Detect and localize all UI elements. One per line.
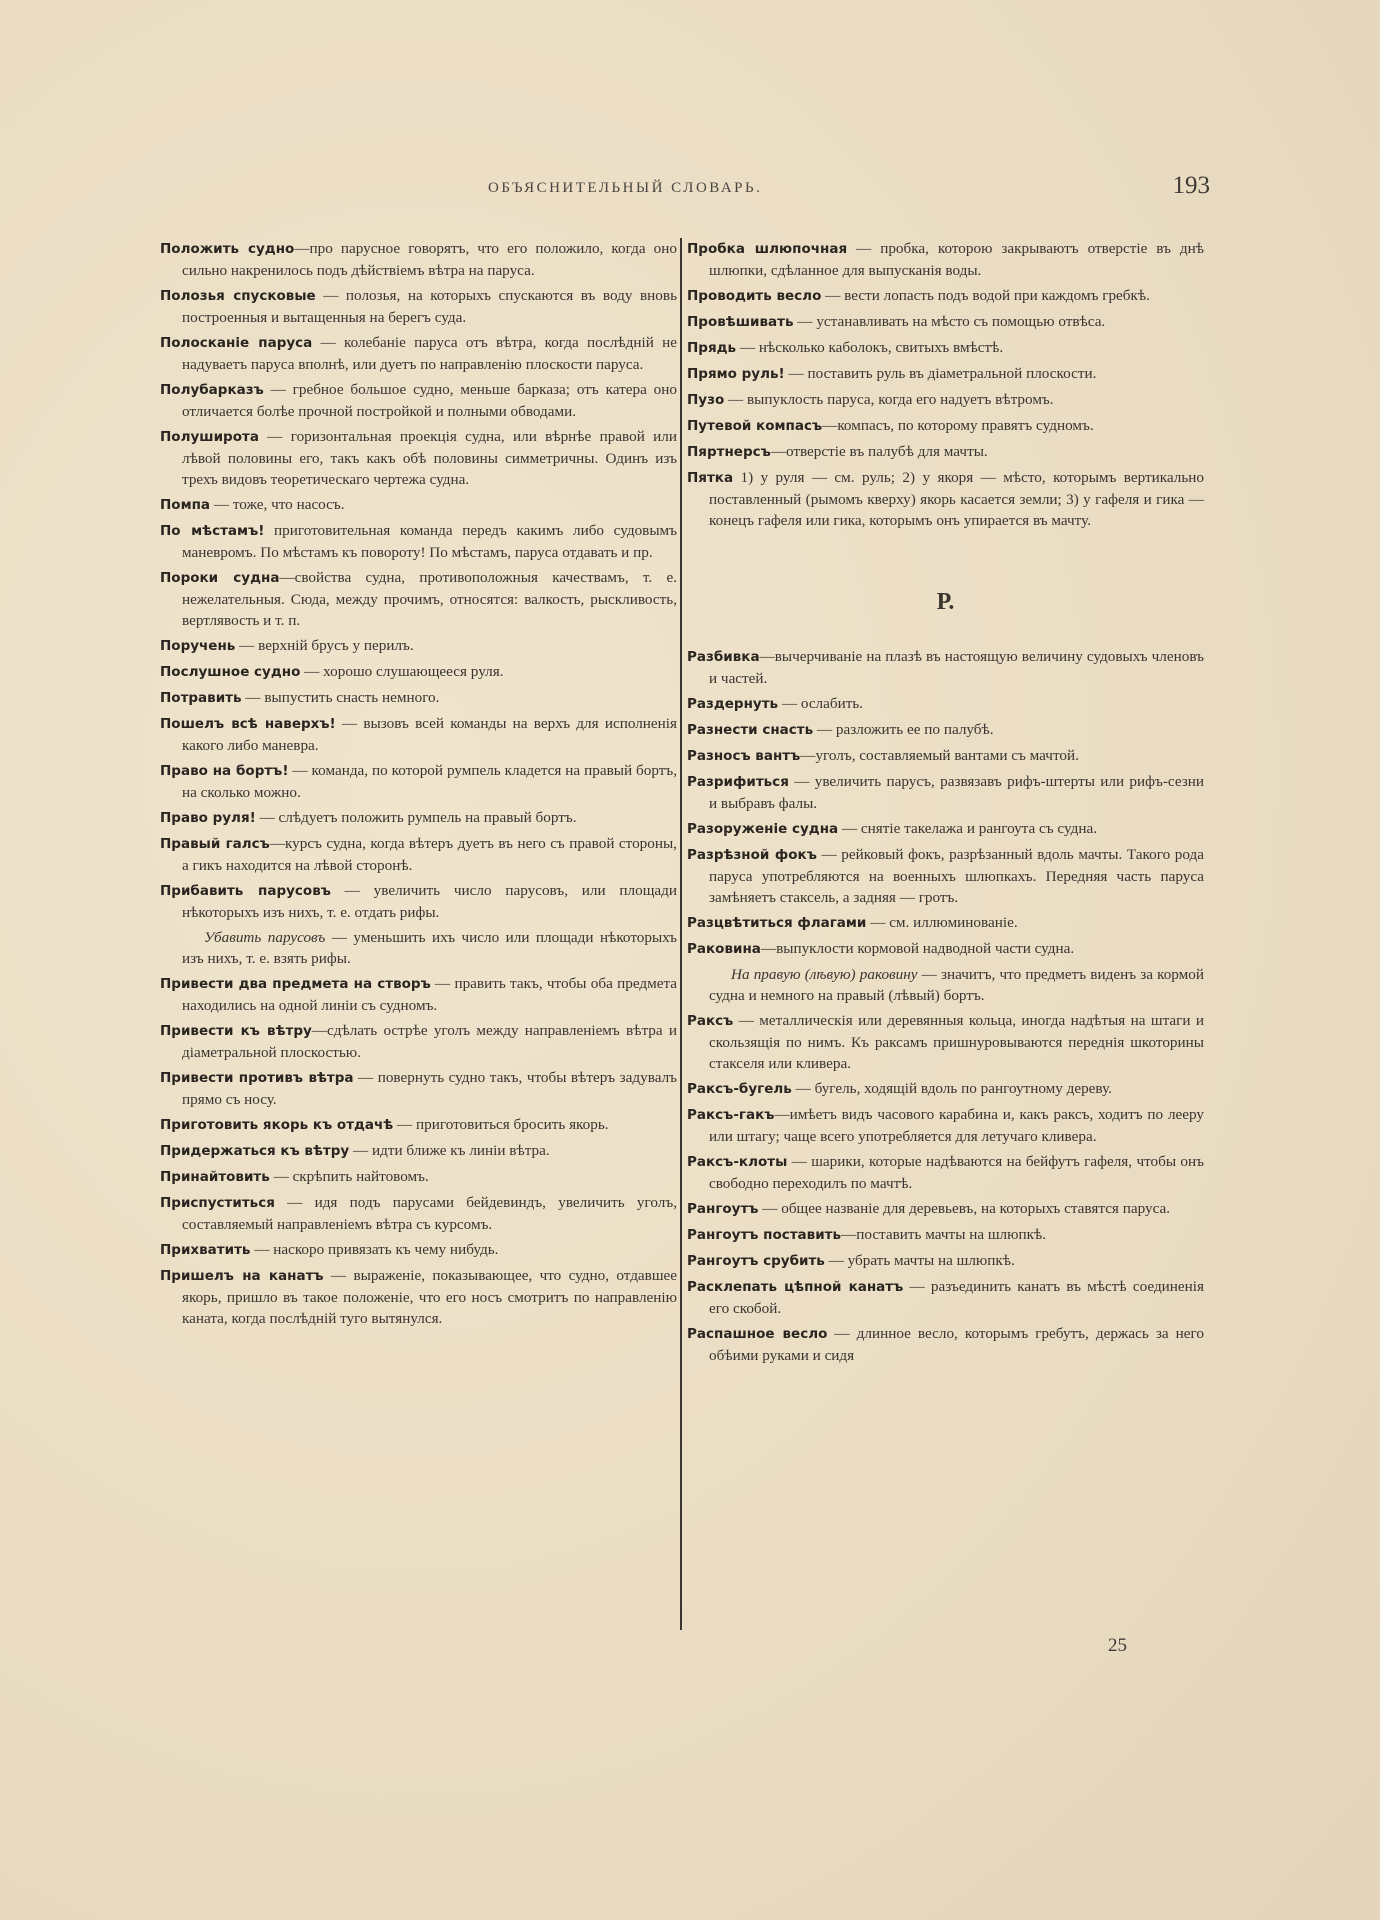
entry-definition: верхній брусъ у перилъ. [258,637,414,654]
entry-separator: — [918,966,942,983]
entry-separator: — [736,339,759,356]
dictionary-entry: Полубарказъ — гребное большое судно, мен… [160,379,677,422]
entry-definition: слѣдуетъ положить румпель на правый борт… [279,809,577,826]
entry-definition: 1) у руля — см. руль; 2) у якоря — мѣсто… [709,469,1204,529]
dictionary-entry: Помпа — тоже, что насосъ. [160,494,677,516]
entry-definition: снятіе такелажа и рангоута съ судна. [861,820,1097,837]
dictionary-entry: Пяртнерсъ—отверстіе въ палубѣ для мачты. [687,441,1204,463]
entry-term: Рангоутъ срубить [687,1253,825,1269]
entry-separator: — [774,1106,789,1123]
entry-term: Убавить парусовъ [204,929,325,946]
entry-definition: выпуклость паруса, когда его надуетъ вѣт… [747,391,1054,408]
entry-separator: — [760,648,775,665]
entry-separator: — [242,689,265,706]
entry-term: Положить судно [160,241,294,257]
entry-separator: — [275,1194,315,1211]
entry-term: Пробка шлюпочная [687,241,847,257]
entry-term: Привести противъ вѣтра [160,1070,354,1086]
entry-separator: — [903,1278,931,1295]
entry-term: Полуширота [160,429,259,445]
dictionary-entry: Разбивка—вычерчиваніе на плазѣ въ настоя… [687,646,1204,689]
dictionary-entry: Пятка 1) у руля — см. руль; 2) у якоря —… [687,467,1204,531]
entry-term: Пошелъ всѣ наверхъ! [160,716,336,732]
entry-separator: — [866,914,889,931]
entry-separator: — [210,496,233,513]
dictionary-entry: Проводить весло — вести лопасть подъ вод… [687,285,1204,307]
dictionary-entry: Разносъ вантъ—уголъ, составляемый вантам… [687,745,1204,767]
entry-term: Раксъ-бугель [687,1081,792,1097]
dictionary-entry: Право руля! — слѣдуетъ положить румпель … [160,807,677,829]
dictionary-entry: Приготовить якорь къ отдачѣ — приготовит… [160,1114,677,1136]
dictionary-entry: Раздернуть — ослабить. [687,693,1204,715]
entry-separator: — [822,417,837,434]
entry-separator: — [264,381,293,398]
dictionary-entry: Рангоутъ — общее названіе для деревьевъ,… [687,1198,1204,1220]
entry-definition: уголъ, составляемый вантами съ мачтой. [815,747,1078,764]
entry-definition: общее названіе для деревьевъ, на которых… [781,1200,1170,1217]
dictionary-entry: Распашное весло — длинное весло, которым… [687,1323,1204,1366]
entry-separator: — [838,820,861,837]
dictionary-entry: Правый галсъ—курсъ судна, когда вѣтеръ д… [160,833,677,876]
dictionary-entry: Пузо — выпуклость паруса, когда его наду… [687,389,1204,411]
dictionary-entry: Пришелъ на канатъ — выраженіе, показываю… [160,1265,677,1329]
entry-term: Распашное весло [687,1326,827,1342]
entry-separator: — [789,773,815,790]
column-divider [680,238,682,1630]
entry-separator: — [825,1252,848,1269]
entry-separator: — [733,1012,759,1029]
dictionary-entry: Рангоутъ срубить — убрать мачты на шлюпк… [687,1250,1204,1272]
entry-definition: приготовиться бросить якорь. [416,1116,609,1133]
dictionary-entry: Раксъ-бугель — бугель, ходящій вдоль по … [687,1078,1204,1100]
entry-term: Разрѣзной фокъ [687,847,817,863]
entries-r: Разбивка—вычерчиваніе на плазѣ въ настоя… [687,646,1204,1366]
dictionary-entry: Пошелъ всѣ наверхъ! — вызовъ всей команд… [160,713,677,756]
entry-separator: — [312,1022,327,1039]
entry-separator [264,522,274,539]
entry-definition: см. иллюминованіе. [889,914,1017,931]
entry-separator: — [336,715,364,732]
right-column: Пробка шлюпочная — пробка, которою закры… [687,238,1204,1370]
dictionary-entry: Рангоутъ поставить—поставить мачты на шл… [687,1224,1204,1246]
dictionary-entry: Разрѣзной фокъ — рейковый фокъ, разрѣзан… [687,844,1204,908]
entry-term: Послушное судно [160,664,300,680]
entry-separator: — [778,695,801,712]
entry-term: Раксъ-гакъ [687,1107,774,1123]
entry-term: Прядь [687,340,736,356]
dictionary-entry: Убавить парусовъ — уменьшить ихъ число и… [160,927,677,969]
entry-definition: выпуклости кормовой надводной части судн… [776,940,1074,957]
entry-term: Раксъ [687,1013,733,1029]
dictionary-entry: Право на бортъ! — команда, по которой ру… [160,760,677,803]
entry-term: Разбивка [687,649,760,665]
entry-separator: — [393,1116,416,1133]
entry-term: Провѣшивать [687,314,794,330]
entry-definition: поставить руль въ діаметральной плоскост… [807,365,1096,382]
entry-separator: — [270,1168,293,1185]
entry-term: Проводить весло [687,288,821,304]
entry-term: Привести къ вѣтру [160,1023,312,1039]
entry-separator: — [325,929,353,946]
entry-term: Поручень [160,638,235,654]
running-title: ОБЪЯСНИТЕЛЬНЫЙ СЛОВАРЬ. [488,180,762,197]
entry-definition: разложить ее по палубѣ. [836,721,994,738]
entry-separator: — [792,1080,815,1097]
entry-definition: скрѣпить найтовомъ. [293,1168,429,1185]
entry-definition: устанавливать на мѣсто съ помощью отвѣса… [816,313,1105,330]
entry-definition: вычерчиваніе на плазѣ въ настоящую велич… [709,648,1204,687]
entry-term: Раковина [687,941,761,957]
dictionary-entry: Расклепать цѣпной канатъ — разъединить к… [687,1276,1204,1319]
dictionary-entry: Поручень — верхній брусъ у перилъ. [160,635,677,657]
dictionary-entry: Пороки судна—свойства судна, противополо… [160,567,677,631]
dictionary-entry: Разнести снасть — разложить ее по палубѣ… [687,719,1204,741]
entry-term: Полосканіе паруса [160,335,312,351]
entry-definition: компасъ, по которому правятъ судномъ. [837,417,1093,434]
entry-separator: — [724,391,747,408]
entry-definition: тоже, что насосъ. [233,496,345,513]
dictionary-entry: Прямо руль! — поставить руль въ діаметра… [687,363,1204,385]
entry-definition: хорошо слушающееся руля. [323,663,503,680]
dictionary-entry: Раксъ — металлическія или деревянныя кол… [687,1010,1204,1074]
dictionary-entry: Полозья спусковые — полозья, на которыхъ… [160,285,677,328]
entry-term: Привести два предмета на створъ [160,976,431,992]
dictionary-entry: Прихватить — наскоро привязать къ чему н… [160,1239,677,1261]
entry-term: Пяртнерсъ [687,444,771,460]
entry-term: Пороки судна [160,570,279,586]
dictionary-entry: Раксъ-гакъ—имѣетъ видъ часового карабина… [687,1104,1204,1147]
entry-term: Прихватить [160,1242,250,1258]
dictionary-entry: Разоруженіе судна — снятіе такелажа и ра… [687,818,1204,840]
entry-separator: — [817,846,841,863]
entry-term: Расклепать цѣпной канатъ [687,1279,903,1295]
entry-separator: — [300,663,323,680]
entry-term: Придержаться къ вѣтру [160,1143,349,1159]
entry-separator: — [316,287,346,304]
entry-definition: металлическія или деревянныя кольца, ино… [709,1012,1204,1072]
entry-separator: — [256,809,279,826]
dictionary-entry: Придержаться къ вѣтру — идти ближе къ ли… [160,1140,677,1162]
dictionary-entry: По мѣстамъ! приготовительная команда пер… [160,520,677,563]
entry-separator: — [270,835,285,852]
entry-separator: — [794,313,817,330]
dictionary-entry: Приспуститься — идя подъ парусами бейдев… [160,1192,677,1235]
entry-separator: — [431,975,455,992]
entry-separator: — [771,443,786,460]
dictionary-entry: Прядь — нѣсколько каболокъ, свитыхъ вмѣс… [687,337,1204,359]
entry-term: Пузо [687,392,724,408]
entry-definition: выпустить снасть немного. [264,689,439,706]
entry-term: Приготовить якорь къ отдачѣ [160,1117,393,1133]
entry-term: Помпа [160,497,210,513]
dictionary-entry: Привести къ вѣтру—сдѣлать острѣе уголъ м… [160,1020,677,1063]
entry-term: Потравить [160,690,242,706]
entry-term: По мѣстамъ! [160,523,264,539]
entry-definition: убрать мачты на шлюпкѣ. [848,1252,1015,1269]
entry-separator: — [847,240,880,257]
entry-term: На правую (лѣвую) раковину [731,966,918,983]
entry-term: Правый галсъ [160,836,270,852]
entry-term: Прямо руль! [687,366,785,382]
dictionary-entry: Провѣшивать — устанавливать на мѣсто съ … [687,311,1204,333]
entry-term: Разцвѣтиться флагами [687,915,866,931]
entry-separator: — [288,762,311,779]
entry-term: Полубарказъ [160,382,264,398]
dictionary-entry: Прибавить парусовъ — увеличить число пар… [160,880,677,923]
dictionary-entry: Разцвѣтиться флагами — см. иллюминованіе… [687,912,1204,934]
dictionary-entry: Пробка шлюпочная — пробка, которою закры… [687,238,1204,281]
entry-separator: — [349,1142,372,1159]
entry-term: Раксъ-клоты [687,1154,787,1170]
entry-separator: — [841,1226,856,1243]
dictionary-entry: Полосканіе паруса — колебаніе паруса отъ… [160,332,677,375]
entry-definition: бугель, ходящій вдоль по рангоутному дер… [815,1080,1112,1097]
dictionary-entry: Принайтовить — скрѣпить найтовомъ. [160,1166,677,1188]
dictionary-entry: Разрифиться — увеличить парусъ, развязав… [687,771,1204,814]
dictionary-entry: Путевой компасъ—компасъ, по которому пра… [687,415,1204,437]
entry-term: Пятка [687,470,733,486]
entry-term: Приспуститься [160,1195,275,1211]
entry-separator: — [250,1241,273,1258]
entry-separator: — [800,747,815,764]
entry-definition: идти ближе къ линіи вѣтра. [372,1142,550,1159]
entry-separator: — [787,1153,811,1170]
entry-separator: — [821,287,844,304]
dictionary-entry: Потравить — выпустить снасть немного. [160,687,677,709]
entry-separator: — [312,334,344,351]
entry-separator: — [761,940,776,957]
entry-separator: — [785,365,808,382]
entry-term: Разрифиться [687,774,789,790]
entry-separator: — [279,569,294,586]
dictionary-entry: Раковина—выпуклости кормовой надводной ч… [687,938,1204,960]
entry-term: Право руля! [160,810,256,826]
entry-term: Раздернуть [687,696,778,712]
page-number: 193 [1173,172,1211,200]
entry-definition: ослабить. [801,695,863,712]
entry-separator: — [294,240,309,257]
entry-separator: — [827,1325,856,1342]
dictionary-entry: Полуширота — горизонтальная проекція суд… [160,426,677,490]
entry-definition: отверстіе въ палубѣ для мачты. [786,443,988,460]
signature-mark: 25 [1108,1635,1127,1657]
entry-term: Право на бортъ! [160,763,288,779]
entry-term: Разнести снасть [687,722,813,738]
dictionary-entry: Раксъ-клоты — шарики, которые надѣваются… [687,1151,1204,1194]
entry-term: Принайтовить [160,1169,270,1185]
entry-definition: поставить мачты на шлюпкѣ. [856,1226,1046,1243]
entry-separator: — [354,1069,378,1086]
entry-term: Прибавить парусовъ [160,883,331,899]
entry-term: Рангоутъ поставить [687,1227,841,1243]
section-letter: Р. [687,589,1204,616]
entry-term: Рангоутъ [687,1201,758,1217]
entry-separator: — [324,1267,354,1284]
entries-p: Пробка шлюпочная — пробка, которою закры… [687,238,1204,531]
entry-separator: — [235,637,258,654]
dictionary-entry: Привести противъ вѣтра — повернуть судно… [160,1067,677,1110]
left-column: Положить судно—про парусное говорятъ, чт… [160,238,677,1333]
page-header: ОБЪЯСНИТЕЛЬНЫЙ СЛОВАРЬ. 193 [160,180,1210,210]
dictionary-entry: Привести два предмета на створъ — правит… [160,973,677,1016]
entry-term: Пришелъ на канатъ [160,1268,324,1284]
entry-term: Разносъ вантъ [687,748,800,764]
entry-term: Полозья спусковые [160,288,316,304]
entry-separator: — [758,1200,781,1217]
dictionary-entry: Положить судно—про парусное говорятъ, чт… [160,238,677,281]
entry-separator: — [331,882,374,899]
entry-term: Путевой компасъ [687,418,822,434]
entry-definition: вести лопасть подъ водой при каждомъ гре… [844,287,1150,304]
entry-definition: нѣсколько каболокъ, свитыхъ вмѣстѣ. [759,339,1003,356]
entry-separator: — [259,428,291,445]
dictionary-entry: Послушное судно — хорошо слушающееся рул… [160,661,677,683]
entry-separator: — [813,721,836,738]
entry-term: Разоруженіе судна [687,821,838,837]
dictionary-entry: На правую (лѣвую) раковину — значитъ, чт… [687,964,1204,1006]
entry-definition: наскоро привязать къ чему нибудь. [273,1241,498,1258]
